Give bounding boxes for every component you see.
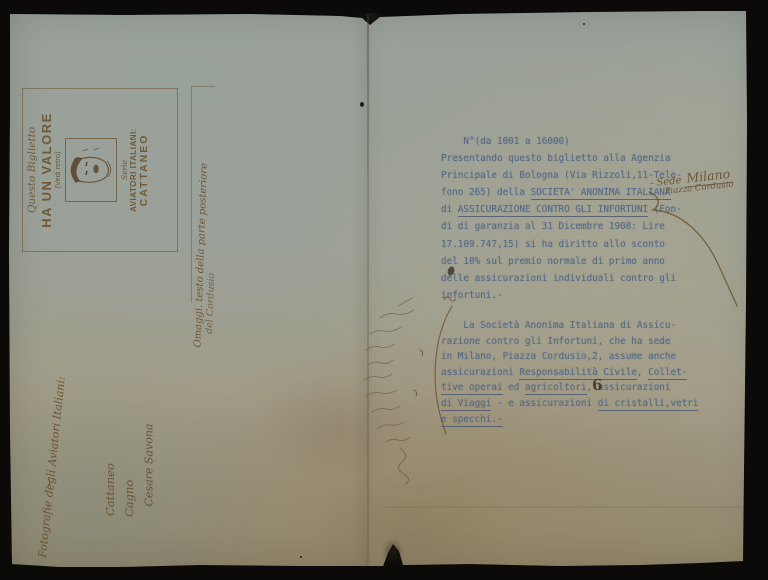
paper-speck bbox=[583, 23, 585, 25]
scan-photo: Questo Biglietto HA UN VALORE (Vedi retr… bbox=[0, 0, 768, 580]
stamp-series-name: CATTANEO bbox=[138, 89, 150, 251]
paper-speck bbox=[360, 102, 364, 107]
stamp-series-title: AVIATORI ITALIANI: bbox=[129, 89, 138, 251]
typed-line: N°(da 1001 a 16000) bbox=[441, 133, 701, 150]
fold-crease-shading bbox=[352, 13, 386, 566]
name-cesare-savona: Cesare Savona bbox=[143, 347, 156, 507]
stamp-series-label: Serie bbox=[120, 89, 129, 251]
typed-line: razione contro gli Infortuni, che ha sed… bbox=[441, 334, 701, 350]
horizontal-crease bbox=[382, 506, 742, 508]
typed-line: in Milano, Piazza Cordusio,2, assume anc… bbox=[441, 349, 701, 365]
typed-line: di Viaggi - e assicurazioni di cristalli… bbox=[441, 396, 701, 412]
ruled-line-vertical bbox=[191, 86, 192, 302]
typed-line: delle assicurazioni individuali contro g… bbox=[441, 270, 701, 287]
fold-crease-line bbox=[367, 14, 369, 566]
typed-line: del 10% sul premio normale di primo anno bbox=[441, 253, 701, 270]
typed-paragraph: N°(da 1001 a 16000)Presentando questo bi… bbox=[441, 133, 701, 304]
typed-line: Presentando questo biglietto alla Agenzi… bbox=[441, 150, 701, 167]
typed-paragraph: La Società Anonima Italiana di Assicu-ra… bbox=[441, 318, 701, 427]
name-cattaneo: Cattaneo bbox=[103, 406, 117, 516]
ruled-line-tick bbox=[191, 86, 215, 87]
aviator-stamp: Questo Biglietto HA UN VALORE (Vedi retr… bbox=[22, 88, 178, 252]
paper-speck bbox=[300, 556, 302, 558]
typed-line: tive operai ed agricoltori, assicurazion… bbox=[441, 380, 701, 396]
typed-line: infortuni.- bbox=[441, 287, 701, 304]
bottom-tear-shadow bbox=[382, 538, 404, 566]
typed-line: e specchi.- bbox=[441, 412, 701, 428]
aviator-portrait-icon bbox=[64, 137, 118, 203]
stamp-paren-line: (Vedi retro) bbox=[53, 89, 62, 251]
stamp-value-line: HA UN VALORE bbox=[39, 89, 54, 251]
inserted-digit: 6 bbox=[591, 376, 603, 395]
typed-line: La Società Anonima Italiana di Assicu- bbox=[441, 318, 701, 334]
name-cagno: Cagno bbox=[122, 437, 136, 517]
typed-line: assicurazioni Responsabilità Civile, Col… bbox=[441, 365, 701, 381]
typed-line: di di garanzia al 31 Dicembre 1908: Lire bbox=[441, 218, 701, 235]
typed-line: di ASSICURAZIONE CONTRO GLI INFORTUNI (F… bbox=[441, 201, 701, 218]
typed-line: 17.109.747,15) si ha diritto allo sconto bbox=[441, 236, 701, 253]
stamp-script-line: Questo Biglietto bbox=[26, 89, 38, 251]
